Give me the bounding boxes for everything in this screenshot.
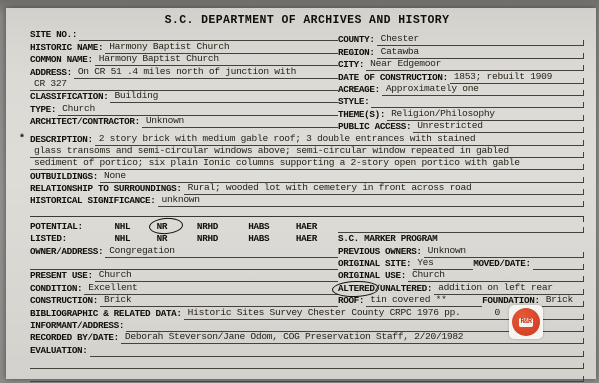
field-label: ALTERED/UNALTERED:: [338, 283, 432, 295]
field-label: BIBLIOGRAPHIC & RELATED DATA:: [30, 308, 182, 320]
field-label: COUNTY:: [338, 34, 375, 46]
field-value: Brick: [542, 294, 584, 307]
field-row-evaluation: EVALUATION:: [30, 344, 584, 356]
asterisk-marker: *: [19, 134, 25, 146]
scanned-survey-form: S.C. DEPARTMENT OF ARCHIVES AND HISTORY …: [6, 8, 596, 379]
field-value: Church: [408, 269, 584, 282]
field-label: ACREAGE:: [338, 84, 380, 96]
potential-item-haer: HAER: [296, 221, 338, 233]
field-value: Unrestricted: [413, 120, 584, 133]
field-row-county: COUNTY: Chester: [338, 34, 584, 46]
field-row-relationship: RELATIONSHIP TO SURROUNDINGS: Rural; woo…: [30, 183, 584, 195]
description-continuation: sediment of portico; six plain Ionic col…: [30, 158, 584, 170]
field-label: RELATIONSHIP TO SURROUNDINGS:: [30, 183, 182, 195]
field-row-roof-foundation: ROOF: tin covered ** FOUNDATION: Brick: [338, 295, 584, 307]
designation-block: POTENTIAL: NHL NR NRHD HABS HAER LISTED:…: [30, 220, 584, 307]
blank-rule: [30, 381, 584, 382]
field-row-construction: CONSTRUCTION: Brick: [30, 295, 338, 307]
designation-right: S.C. MARKER PROGRAM PREVIOUS OWNERS: Unk…: [338, 220, 584, 307]
listed-item-habs: HABS: [248, 233, 296, 245]
field-value: Religion/Philosophy: [387, 108, 584, 121]
field-row-previous-owners: PREVIOUS OWNERS: Unknown: [338, 245, 584, 257]
field-row-address: ADDRESS: On CR 51 .4 miles north of junc…: [30, 66, 338, 78]
field-row-classification: CLASSIFICATION: Building: [30, 91, 338, 103]
field-row-bibliographic: BIBLIOGRAPHIC & RELATED DATA: Historic S…: [30, 307, 584, 319]
field-label: CONDITION:: [30, 283, 82, 295]
field-row-public-access: PUBLIC ACCESS: Unrestricted: [338, 121, 584, 133]
field-label: *DESCRIPTION:: [30, 134, 93, 146]
field-row-historic-name: HISTORIC NAME: Harmony Baptist Church: [30, 41, 338, 53]
field-label: STYLE:: [338, 96, 369, 108]
form-title: S.C. DEPARTMENT OF ARCHIVES AND HISTORY: [30, 13, 584, 29]
blank-ruled-row: [30, 369, 584, 381]
field-row-city: CITY: Near Edgemoor: [338, 59, 584, 71]
field-row-date-of-construction: DATE OF CONSTRUCTION: 1853; rebuilt 1909: [338, 71, 584, 83]
field-label: CLASSIFICATION:: [30, 91, 108, 103]
potential-row: POTENTIAL: NHL NR NRHD HABS HAER: [30, 220, 338, 232]
top-field-block: SITE NO.: HISTORIC NAME: Harmony Baptist…: [30, 29, 584, 133]
field-value: unknown: [158, 194, 585, 207]
field-label: THEME(S):: [338, 109, 385, 121]
designation-left: POTENTIAL: NHL NR NRHD HABS HAER LISTED:…: [30, 220, 338, 307]
field-label: TYPE:: [30, 104, 56, 116]
field-row-region: REGION: Catawba: [338, 46, 584, 58]
listed-label: LISTED:: [30, 233, 90, 245]
field-label: OWNER/ADDRESS:: [30, 246, 103, 258]
blank-rule: [338, 232, 584, 233]
field-label: INFORMANT/ADDRESS:: [30, 320, 124, 332]
field-row-owner: OWNER/ADDRESS: Congregation: [30, 245, 338, 257]
field-row-significance: HISTORICAL SIGNIFICANCE: unknown: [30, 195, 584, 207]
description-line-3: sediment of portico; six plain Ionic col…: [30, 157, 584, 170]
field-label: EVALUATION:: [30, 345, 88, 357]
watermark-stamp: R&R: [509, 305, 543, 339]
field-value: Church: [95, 269, 338, 282]
field-label: DATE OF CONSTRUCTION:: [338, 72, 448, 84]
field-value: On CR 51 .4 miles north of junction with: [74, 66, 338, 79]
marker-program-label: S.C. MARKER PROGRAM: [338, 233, 437, 245]
field-row-type: TYPE: Church: [30, 103, 338, 115]
biblio-text-after-stamp: 0: [495, 307, 500, 318]
field-label: RECORDED BY/DATE:: [30, 332, 119, 344]
section-divider: [30, 216, 584, 217]
watermark-text: R&R: [519, 318, 532, 327]
field-label: PRESENT USE:: [30, 270, 93, 282]
field-row-themes: THEME(S): Religion/Philosophy: [338, 108, 584, 120]
field-row-recorded-by: RECORDED BY/DATE: Deborah Steverson/Jane…: [30, 332, 584, 344]
watermark-circle-icon: R&R: [512, 308, 540, 336]
field-label: MOVED/DATE:: [473, 258, 531, 270]
field-row-architect: ARCHITECT/CONTRACTOR: Unknown: [30, 116, 338, 128]
form-content: S.C. DEPARTMENT OF ARCHIVES AND HISTORY …: [30, 13, 584, 375]
field-row-style: STYLE:: [338, 96, 584, 108]
circle-annotation: NR: [157, 221, 168, 232]
biblio-text: Historic Sites Survey Chester County CRP…: [188, 307, 461, 318]
field-value: Catawba: [377, 46, 584, 59]
field-label: ARCHITECT/CONTRACTOR:: [30, 116, 140, 128]
field-value: Yes: [413, 257, 473, 270]
potential-label: POTENTIAL:: [30, 221, 90, 233]
top-right-column: COUNTY: Chester REGION: Catawba CITY: Ne…: [338, 34, 584, 133]
field-row-site-no: SITE NO.:: [30, 29, 338, 41]
blank-rule: [30, 368, 584, 369]
field-value: Unknown: [142, 115, 338, 128]
marker-program-row: S.C. MARKER PROGRAM: [338, 233, 584, 245]
field-label: OUTBUILDINGS:: [30, 171, 98, 183]
field-label: REGION:: [338, 47, 375, 59]
description-continuation: glass transoms and semi-circular windows…: [30, 146, 584, 158]
field-value: Approximately one: [382, 83, 584, 96]
field-value: CR 327: [30, 78, 338, 91]
field-row-original-site: ORIGINAL SITE: Yes MOVED/DATE:: [338, 258, 584, 270]
field-value: Near Edgemoor: [366, 58, 584, 71]
listed-item-nrhd: NRHD: [197, 233, 248, 245]
field-label: CONSTRUCTION:: [30, 295, 98, 307]
field-label: HISTORICAL SIGNIFICANCE:: [30, 195, 156, 207]
field-row-description: *DESCRIPTION: 2 story brick with medium …: [30, 133, 584, 145]
field-value: Harmony Baptist Church: [105, 41, 338, 54]
field-label: PUBLIC ACCESS:: [338, 121, 411, 133]
field-row-informant: INFORMANT/ADDRESS:: [30, 320, 584, 332]
field-label: ADDRESS:: [30, 67, 72, 79]
top-left-column: SITE NO.: HISTORIC NAME: Harmony Baptist…: [30, 29, 338, 133]
blank-ruled-row: [30, 357, 584, 369]
field-value: [90, 356, 584, 357]
field-value: addition on left rear: [434, 282, 584, 295]
blank-ruled-row: [338, 220, 584, 232]
field-row-altered: ALTERED/UNALTERED: addition on left rear: [338, 282, 584, 294]
potential-item-nr-circled: NR: [157, 221, 197, 233]
field-label: ORIGINAL SITE:: [338, 258, 411, 270]
description-line-2: glass transoms and semi-circular windows…: [30, 145, 584, 158]
field-value: tin covered **: [366, 294, 482, 307]
field-row-common-name: COMMON NAME: Harmony Baptist Church: [30, 54, 338, 66]
description-label-text: DESCRIPTION:: [30, 134, 93, 145]
field-row-outbuildings: OUTBUILDINGS: None: [30, 170, 584, 182]
field-label: COMMON NAME:: [30, 54, 93, 66]
field-value: Unknown: [424, 245, 584, 258]
circle-annotation: ALTERED: [338, 283, 375, 295]
field-value: Building: [110, 90, 338, 103]
field-label: HISTORIC NAME:: [30, 42, 103, 54]
field-value: Chester: [377, 33, 584, 46]
field-label: PREVIOUS OWNERS:: [338, 246, 422, 258]
field-value: Congregation: [105, 245, 338, 258]
field-label: CITY:: [338, 59, 364, 71]
field-value: Church: [58, 103, 338, 116]
field-row-present-use: PRESENT USE: Church: [30, 270, 338, 282]
field-value: 1853; rebuilt 1909: [450, 71, 584, 84]
field-value: Rural; wooded lot with cemetery in front…: [184, 182, 584, 195]
listed-item-nhl: NHL: [114, 233, 156, 245]
potential-item-nrhd: NRHD: [197, 221, 248, 233]
field-value: Excellent: [84, 282, 338, 295]
field-value: None: [100, 170, 584, 183]
field-row-original-use: ORIGINAL USE: Church: [338, 270, 584, 282]
field-row-acreage: ACREAGE: Approximately one: [338, 84, 584, 96]
potential-item-habs: HABS: [248, 221, 296, 233]
field-label: SITE NO.:: [30, 29, 77, 41]
listed-item-haer: HAER: [296, 233, 338, 245]
description-line-1: 2 story brick with medium gable roof; 3 …: [95, 133, 584, 146]
listed-row: LISTED: NHL NR NRHD HABS HAER: [30, 233, 338, 245]
listed-item-nr: NR: [157, 233, 197, 245]
unaltered-label-text: /UNALTERED:: [375, 283, 433, 294]
field-row-address-cont: CR 327: [30, 79, 338, 91]
field-row-condition: CONDITION: Excellent: [30, 282, 338, 294]
blank-ruled-row: [30, 258, 338, 270]
field-value: Harmony Baptist Church: [95, 53, 338, 66]
field-value: Brick: [100, 294, 338, 307]
